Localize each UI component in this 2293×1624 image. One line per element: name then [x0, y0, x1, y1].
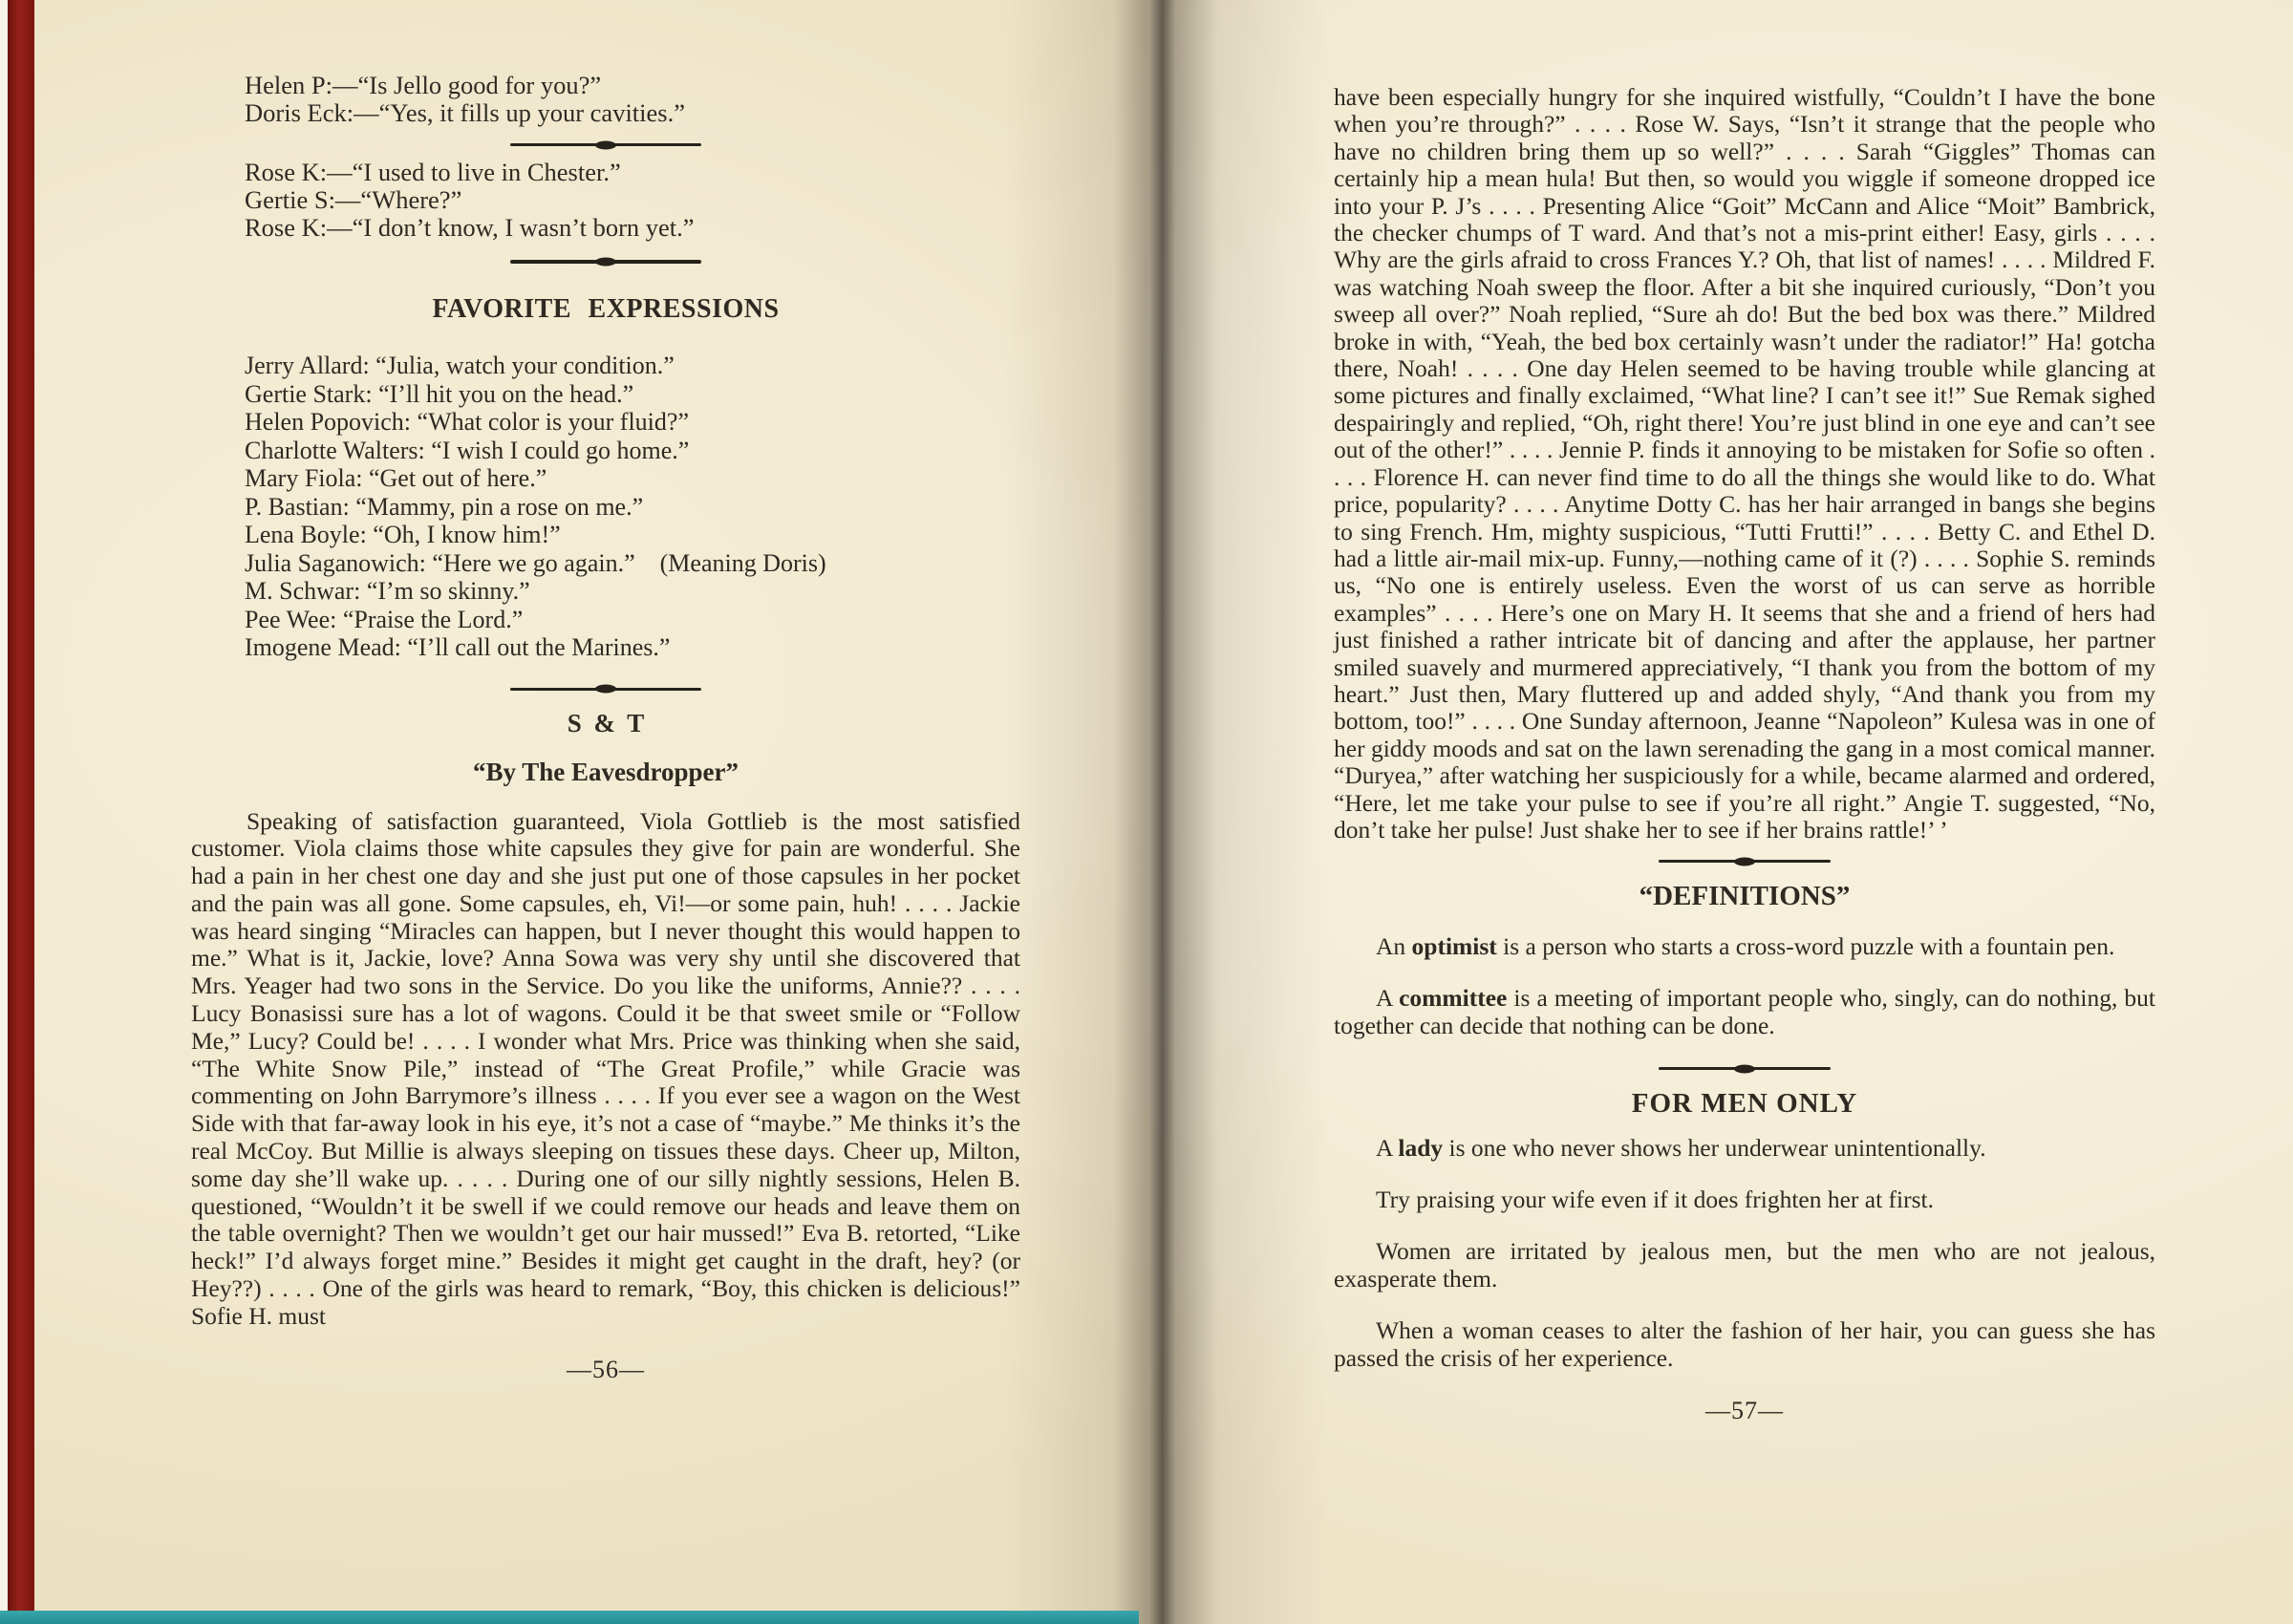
- gossip-paragraph-continued: have been especially hungry for she inqu…: [1334, 84, 2155, 844]
- quote-line: Rose K:—“I used to live in Chester.”: [191, 159, 1020, 186]
- book-spread-scan: Helen P:—“Is Jello good for you?” Doris …: [0, 0, 2293, 1624]
- divider-rule: [510, 257, 701, 266]
- divider-rule: [1659, 857, 1831, 865]
- favorite-expressions-list: Jerry Allard: “Julia, watch your conditi…: [191, 352, 1020, 662]
- advice-item: A lady is one who never shows her underw…: [1334, 1135, 2155, 1163]
- definition-text: is a person who starts a cross-word puzz…: [1497, 932, 2115, 960]
- advice-text: is one who never shows her underwear uni…: [1443, 1134, 1985, 1162]
- quote-line: Doris Eck:—“Yes, it fills up your caviti…: [191, 99, 1020, 127]
- right-page-text-column: have been especially hungry for she inqu…: [1334, 84, 2155, 1425]
- s-and-t-heading: S & T: [191, 709, 1020, 738]
- advice-term: lady: [1398, 1134, 1443, 1162]
- bottom-edge-teal-strip: [0, 1611, 1139, 1624]
- definitions-heading: “DEFINITIONS”: [1334, 881, 2155, 912]
- favorite-expressions-heading: FAVORITE EXPRESSIONS: [191, 294, 1020, 325]
- advice-lead: A: [1376, 1134, 1398, 1162]
- page-number-56: —56—: [191, 1356, 1020, 1384]
- page-number-57: —57—: [1334, 1397, 2155, 1425]
- divider-rule: [510, 685, 701, 694]
- definition-term: committee: [1399, 984, 1507, 1012]
- expression-item: M. Schwar: “I’m so skinny.”: [191, 577, 1020, 606]
- advice-item: Women are irritated by jealous men, but …: [1334, 1238, 2155, 1293]
- expression-item: Lena Boyle: “Oh, I know him!”: [191, 521, 1020, 549]
- expression-item: Julia Saganowich: “Here we go again.” (M…: [191, 549, 1020, 578]
- expression-item: Charlotte Walters: “I wish I could go ho…: [191, 437, 1020, 465]
- for-men-only-list: A lady is one who never shows her underw…: [1334, 1135, 2155, 1372]
- gossip-paragraph: Speaking of satisfaction guaranteed, Vio…: [191, 808, 1020, 1331]
- scan-edge: [0, 0, 8, 1624]
- quote-line: Helen P:—“Is Jello good for you?”: [191, 72, 1020, 99]
- definition-item: A committee is a meeting of important pe…: [1334, 985, 2155, 1039]
- definition-lead: An: [1376, 932, 1412, 960]
- expression-item: Helen Popovich: “What color is your flui…: [191, 408, 1020, 437]
- expression-item: Pee Wee: “Praise the Lord.”: [191, 606, 1020, 634]
- eavesdropper-subheading: “By The Eavesdropper”: [191, 758, 1020, 787]
- expression-item: Gertie Stark: “I’ll hit you on the head.…: [191, 380, 1020, 409]
- advice-item: When a woman ceases to alter the fashion…: [1334, 1317, 2155, 1372]
- advice-text: Women are irritated by jealous men, but …: [1334, 1237, 2155, 1293]
- expression-item: Mary Fiola: “Get out of here.”: [191, 464, 1020, 493]
- for-men-only-heading: FOR MEN ONLY: [1334, 1088, 2155, 1120]
- expression-item: Imogene Mead: “I’ll call out the Marines…: [191, 633, 1020, 662]
- advice-text: Try praising your wife even if it does f…: [1376, 1186, 1934, 1213]
- expression-item: Jerry Allard: “Julia, watch your conditi…: [191, 352, 1020, 380]
- definition-item: An optimist is a person who starts a cro…: [1334, 933, 2155, 961]
- definition-term: optimist: [1412, 932, 1497, 960]
- divider-rule: [510, 140, 701, 149]
- spine-red-strip: [8, 0, 34, 1624]
- quote-line: Rose K:—“I don’t know, I wasn’t born yet…: [191, 214, 1020, 242]
- left-page-text-column: Helen P:—“Is Jello good for you?” Doris …: [191, 72, 1020, 1384]
- expression-item: P. Bastian: “Mammy, pin a rose on me.”: [191, 493, 1020, 522]
- advice-text: When a woman ceases to alter the fashion…: [1334, 1316, 2155, 1372]
- advice-item: Try praising your wife even if it does f…: [1334, 1186, 2155, 1214]
- definition-lead: A: [1376, 984, 1399, 1012]
- definitions-list: An optimist is a person who starts a cro…: [1334, 933, 2155, 1039]
- divider-rule: [1659, 1064, 1831, 1073]
- quote-line: Gertie S:—“Where?”: [191, 186, 1020, 214]
